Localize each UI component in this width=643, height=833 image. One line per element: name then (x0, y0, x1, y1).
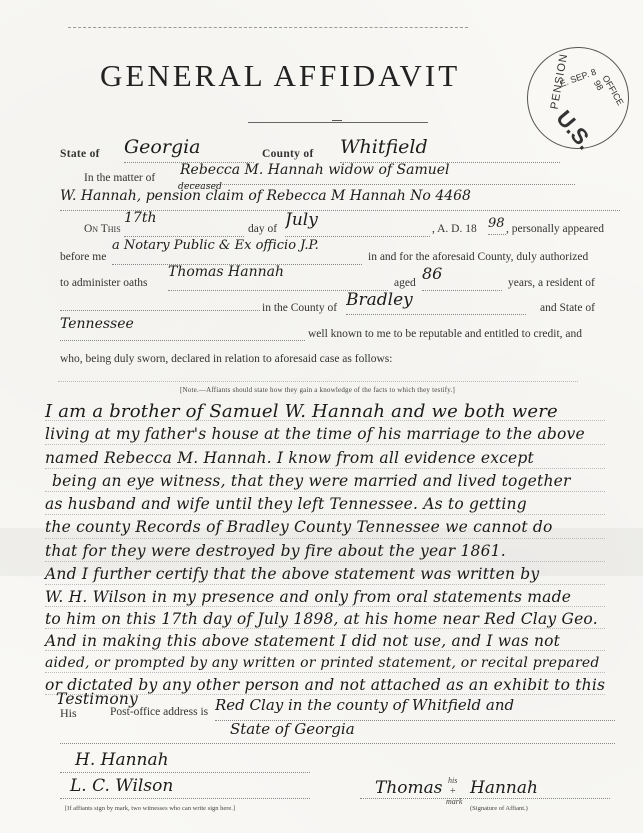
statement-rule (45, 606, 605, 607)
statement-rule (45, 561, 605, 562)
mark-symbol: + (450, 786, 456, 797)
matter-line-1: Rebecca M. Hannah widow of Samuel (180, 162, 575, 185)
resident-of-label: years, a resident of (508, 277, 595, 289)
statement-line: living at my father's house at the time … (45, 425, 585, 443)
day-of-label: day of (248, 223, 277, 235)
statement-line: as husband and wife until they left Tenn… (45, 495, 527, 513)
statement-rule (45, 628, 605, 629)
statement-rule (45, 584, 605, 585)
stamp-text-office: OFFICE 98 (592, 73, 628, 116)
age-field: 86 (422, 264, 502, 291)
matter-line-2: W. Hannah, pension claim of Rebecca M Ha… (60, 188, 620, 211)
before-me-label: before me (60, 251, 106, 263)
personally-appeared-label: , personally appeared (506, 223, 604, 235)
statement-rule (45, 538, 605, 539)
affiant-note: [Note.—Affiants should state how they ga… (180, 386, 455, 394)
year-field: 98 (488, 216, 506, 235)
title-ornament-rule (248, 122, 428, 123)
statement-rule (45, 491, 605, 492)
statement-line: aided, or prompted by any written or pri… (45, 655, 600, 671)
statement-rule (45, 514, 605, 515)
statement-line: W. H. Wilson in my presence and only fro… (45, 588, 571, 606)
county-field: Whitfield (340, 136, 560, 163)
matter-label: In the matter of (84, 172, 155, 184)
sworn-declaration-label: who, being duly sworn, declared in relat… (60, 353, 392, 365)
affiant-name-field: Thomas Hannah (168, 264, 388, 291)
state-field: Georgia (124, 136, 254, 163)
statement-line: named Rebecca M. Hannah. I know from all… (45, 449, 534, 467)
residence-place-field (60, 290, 260, 311)
witness-2-signature: L. C. Wilson (70, 776, 173, 796)
statement-line: I am a brother of Samuel W. Hannah and w… (45, 401, 558, 422)
witness-caption: [If affiants sign by mark, two witnesses… (65, 805, 235, 812)
before-me-suffix: in and for the aforesaid County, duly au… (368, 251, 588, 263)
note-rule (58, 381, 578, 382)
affidavit-page: GENERAL AFFIDAVIT PENSION E. SEP. 8 U.S.… (0, 0, 643, 833)
mark-word: mark (446, 797, 462, 806)
pronoun-field: His (60, 706, 77, 720)
residence-state-field: Tennessee (60, 316, 305, 341)
statement-rule (45, 444, 605, 445)
residence-county-field: Bradley (346, 290, 526, 315)
day-field: 17th (124, 210, 244, 237)
year-label: , A. D. 18 (432, 223, 477, 235)
witness-1-line (60, 772, 310, 773)
statement-line: to him on this 17th day of July 1898, at… (45, 610, 598, 628)
residence-county-label: in the County of (262, 302, 337, 314)
post-office-label: Post-office address is (110, 706, 208, 718)
post-office-line-2: State of Georgia (60, 720, 615, 744)
affiant-caption: (Signature of Affiant.) (470, 805, 528, 812)
statement-rule (45, 468, 605, 469)
statement-line: that for they were destroyed by fire abo… (45, 542, 506, 560)
witness-1-signature: H. Hannah (75, 750, 169, 770)
post-office-line-1: Red Clay in the county of Whitfield and (215, 696, 615, 721)
statement-line: And in making this above statement I did… (45, 632, 560, 650)
statement-line: being an eye witness, that they were mar… (52, 472, 571, 490)
mark-his: his (448, 776, 457, 785)
oaths-label: to administer oaths (60, 277, 148, 289)
post-office-prefix: His (60, 706, 77, 721)
and-state-of-label: and State of (540, 302, 595, 314)
month-field: July (285, 210, 430, 237)
on-this-label: On This (84, 223, 121, 235)
officer-field: a Notary Public & Ex officio J.P. (112, 238, 362, 265)
county-label: County of (262, 148, 314, 160)
state-label: State of (60, 148, 100, 160)
witness-2-line (60, 798, 310, 799)
affiant-signature-last: Hannah (470, 778, 538, 798)
statement-line: the county Records of Bradley County Ten… (45, 518, 553, 536)
affiant-signature-line (360, 798, 610, 799)
reputable-label: well known to me to be reputable and ent… (308, 328, 582, 340)
statement-line: And I further certify that the above sta… (45, 565, 539, 583)
document-title: GENERAL AFFIDAVIT (100, 58, 540, 94)
statement-rule (45, 672, 605, 673)
aged-label: aged (394, 277, 416, 289)
affiant-signature-first: Thomas (375, 778, 443, 798)
top-rule (68, 27, 468, 28)
statement-rule (45, 650, 605, 651)
